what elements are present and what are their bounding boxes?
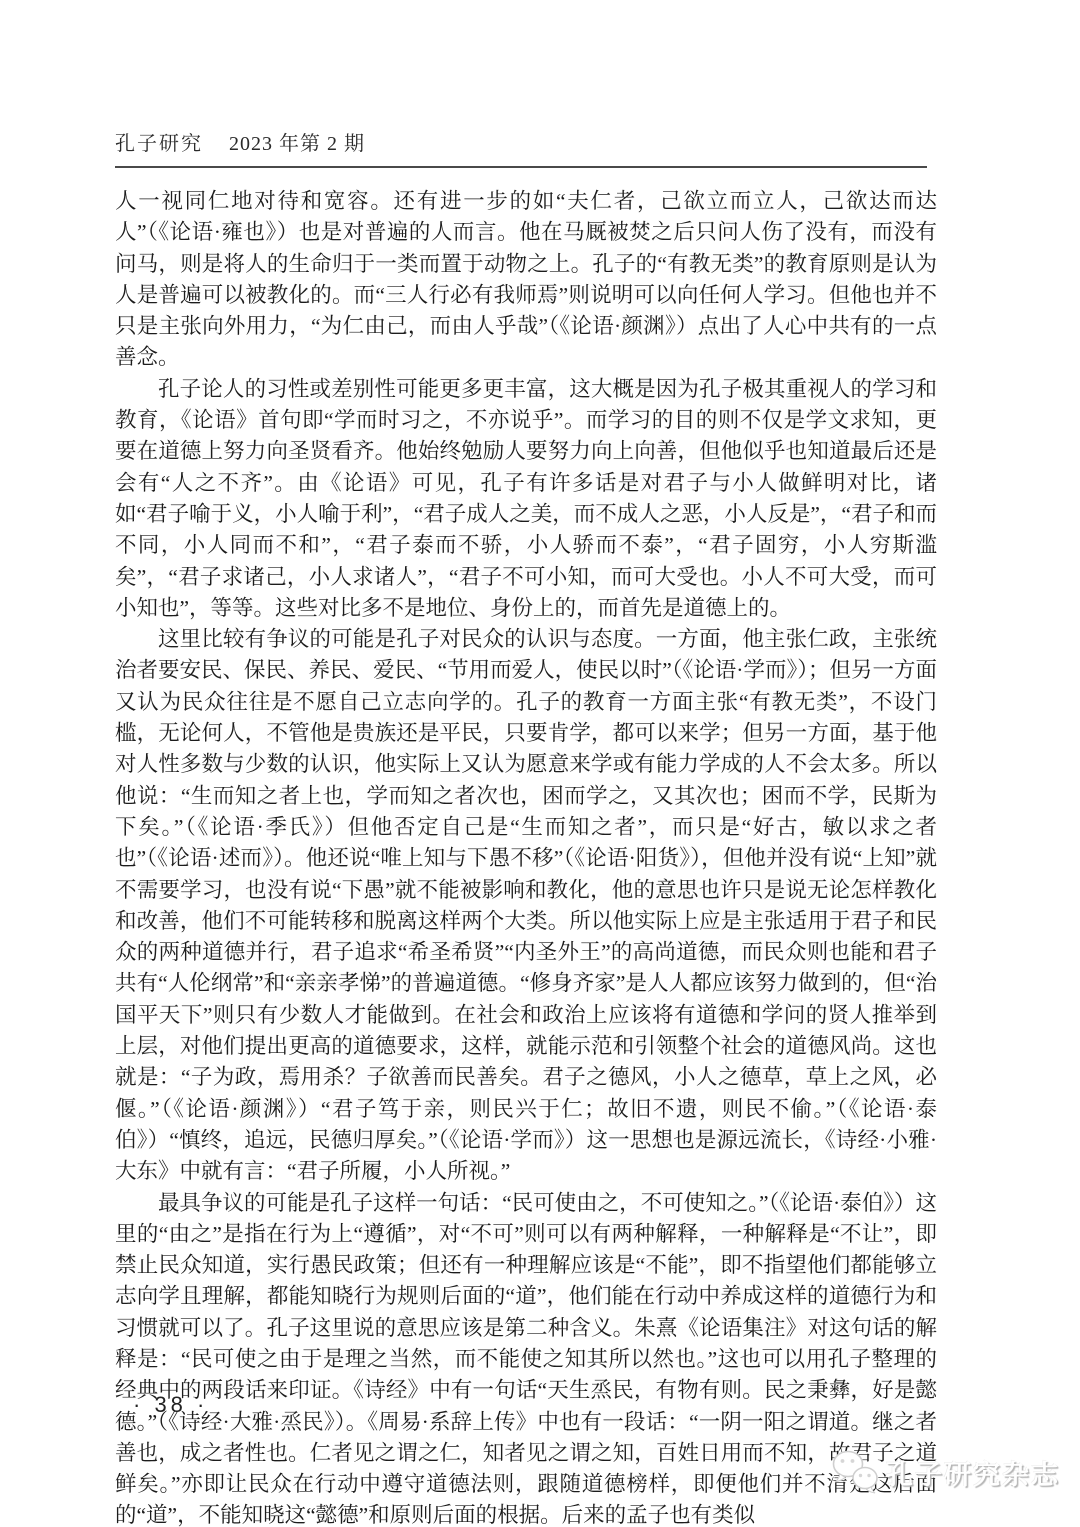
article-body: 人一视同仁地对待和宽容。还有进一步的如“夫仁者，己欲立而立人，己欲达而达人”（《… xyxy=(115,186,937,1527)
paragraph-4: 最具争议的可能是孔子这样一句话：“民可使由之，不可使知之。”（《论语·泰伯》）这… xyxy=(115,1188,937,1527)
issue-info: 2023 年第 2 期 xyxy=(229,133,365,155)
header-rule xyxy=(115,166,927,168)
page-header: 孔子研究2023 年第 2 期 xyxy=(115,131,935,168)
watermark-text: 孔子研究杂志 xyxy=(886,1453,1060,1492)
journal-page: 孔子研究2023 年第 2 期 人一视同仁地对待和宽容。还有进一步的如“夫仁者，… xyxy=(0,0,1080,1527)
paragraph-2: 孔子论人的习性或差别性可能更多更丰富，这大概是因为孔子极其重视人的学习和教育，《… xyxy=(115,374,937,624)
page-number: · 38 · xyxy=(133,1392,208,1418)
paragraph-1: 人一视同仁地对待和宽容。还有进一步的如“夫仁者，己欲立而立人，己欲达而达人”（《… xyxy=(115,186,937,374)
paragraph-3: 这里比较有争议的可能是孔子对民众的认识与态度。一方面，他主张仁政，主张统治者要安… xyxy=(115,624,937,1187)
wechat-logo-icon xyxy=(830,1448,880,1496)
watermark: 孔子研究杂志 xyxy=(830,1448,1060,1496)
journal-title: 孔子研究 xyxy=(115,133,203,155)
running-head: 孔子研究2023 年第 2 期 xyxy=(115,131,935,157)
